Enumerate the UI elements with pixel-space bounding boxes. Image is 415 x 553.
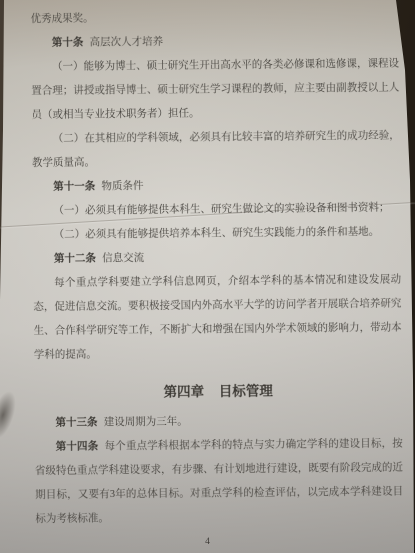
paragraph-text: 每个重点学科要建立学科信息网页，介绍本学科的基本情况和建设发展动态，促进信息交流… bbox=[33, 274, 401, 361]
paragraph-text: （一）必须具有能够提供本科生、研究生做论文的实验设备和图书资料； bbox=[53, 202, 389, 216]
paragraph-text: 优秀成果奖。 bbox=[31, 13, 94, 25]
article-heading-10: 第十条高层次人才培养 bbox=[31, 28, 399, 56]
photographed-document: 优秀成果奖。 第十条高层次人才培养 （一）能够为博士、硕士研究生开出高水平的各类… bbox=[0, 0, 415, 553]
chapter-number: 第四章 bbox=[163, 384, 204, 399]
paragraph-item-1: （一）必须具有能够提供本科生、研究生做论文的实验设备和图书资料； bbox=[32, 196, 400, 224]
paragraph-text: （二）必须具有能够提供培养本科生、研究生实践能力的条件和基地。 bbox=[54, 226, 380, 240]
article-heading-11: 第十一条物质条件 bbox=[32, 172, 400, 200]
article-number: 第十四条 bbox=[56, 441, 99, 452]
article-heading-12: 第十二条信息交流 bbox=[33, 244, 401, 272]
paragraph-continuation: 优秀成果奖。 bbox=[30, 4, 398, 32]
article-title: 物质条件 bbox=[101, 181, 143, 192]
article-title: 高层次人才培养 bbox=[90, 37, 164, 49]
article-number: 第十三条 bbox=[55, 417, 97, 428]
article-number: 第十条 bbox=[52, 37, 84, 48]
paragraph-text: （一）能够为博士、硕士研究生开出高水平的各类必修课和选修课，课程设置合理；讲授或… bbox=[31, 58, 399, 121]
paragraph-item-2: （二）必须具有能够提供培养本科生、研究生实践能力的条件和基地。 bbox=[33, 220, 401, 248]
article-text: 建设周期为三年。 bbox=[104, 416, 188, 428]
page-number: 4 bbox=[0, 537, 415, 547]
paragraph-body: 每个重点学科要建立学科信息网页，介绍本学科的基本情况和建设发展动态，促进信息交流… bbox=[33, 268, 402, 368]
paragraph-text: （二）在其相应的学科领域，必须具有比较丰富的培养研究生的成功经验，教学质量高。 bbox=[32, 130, 400, 169]
article-14: 第十四条每个重点学科根据本学科的特点与实力确定学科的建设目标，按省级特色重点学科… bbox=[35, 432, 404, 532]
article-title: 信息交流 bbox=[102, 253, 144, 264]
document-content: 优秀成果奖。 第十条高层次人才培养 （一）能够为博士、硕士研究生开出高水平的各类… bbox=[30, 4, 403, 532]
article-number: 第十一条 bbox=[53, 181, 95, 192]
chapter-heading: 第四章目标管理 bbox=[34, 378, 402, 406]
paragraph-item-1: （一）能够为博士、硕士研究生开出高水平的各类必修课和选修课，课程设置合理；讲授或… bbox=[31, 52, 400, 128]
paragraph-item-2: （二）在其相应的学科领域，必须具有比较丰富的培养研究生的成功经验，教学质量高。 bbox=[32, 124, 400, 176]
chapter-title: 目标管理 bbox=[219, 383, 273, 399]
article-13: 第十三条建设周期为三年。 bbox=[34, 408, 402, 436]
article-number: 第十二条 bbox=[54, 253, 96, 264]
